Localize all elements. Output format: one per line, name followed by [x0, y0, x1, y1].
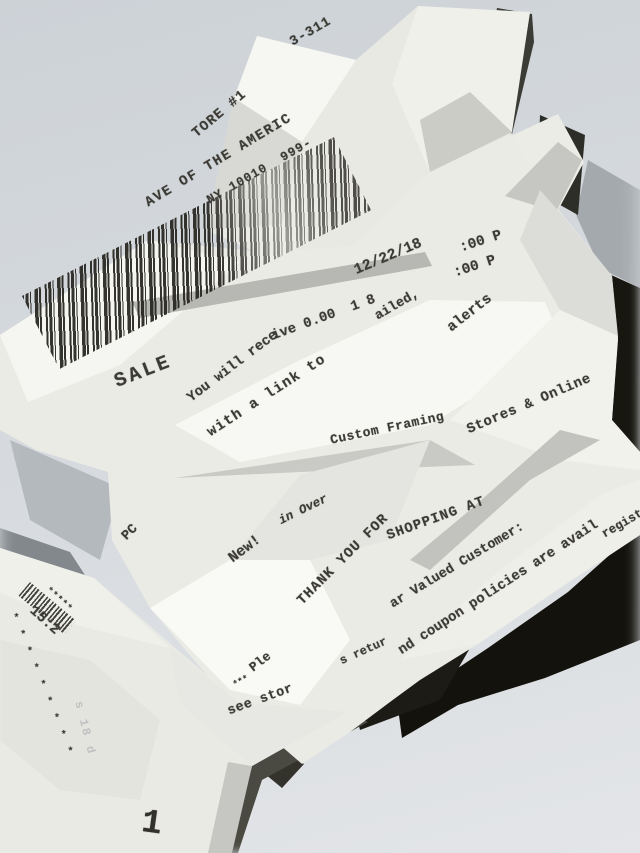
crumpled-receipt-photo: 3-311 TORE #1 AVE OF THE AMERIC NY 10010…: [0, 0, 640, 853]
